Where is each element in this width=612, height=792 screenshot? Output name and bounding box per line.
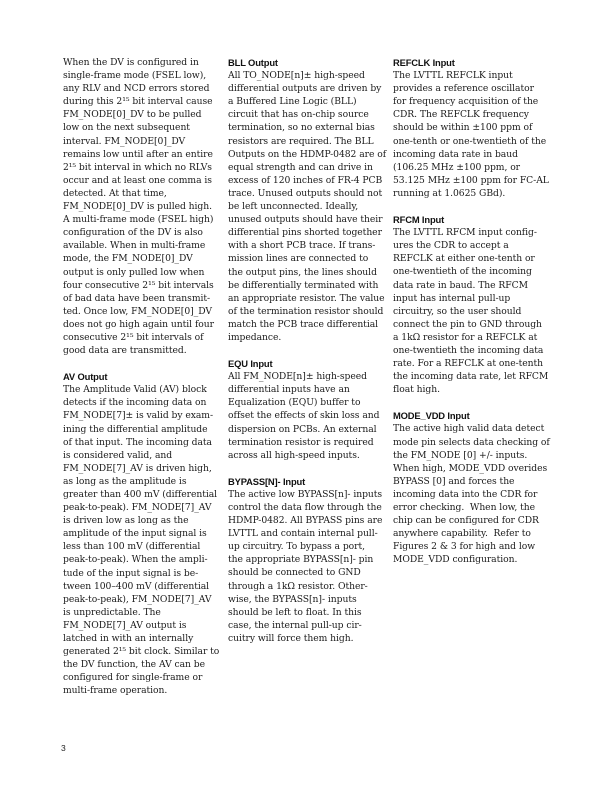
paragraph-text: The LVTTL REFCLK input provides a refere…	[393, 69, 554, 200]
paragraph-text: The Amplitude Valid (AV) block detects i…	[63, 383, 224, 697]
paragraph-text: The LVTTL RFCM input config- ures the CD…	[393, 226, 554, 396]
section-heading: AV Output	[63, 370, 224, 383]
section-heading: BYPASS[N]- Input	[228, 475, 389, 488]
section-equ-input: EQU Input All FM_NODE[n]± high-speed dif…	[228, 357, 389, 462]
paragraph-text: All TO_NODE[n]± high-speed differential …	[228, 69, 389, 344]
paragraph-text: The active high valid data detect mode p…	[393, 422, 554, 566]
text-columns: When the DV is configured in single-fram…	[63, 56, 554, 698]
section-bypass-input: BYPASS[N]- Input The active low BYPASS[n…	[228, 475, 389, 645]
datasheet-page: When the DV is configured in single-fram…	[0, 0, 612, 792]
section-dv-description: When the DV is configured in single-fram…	[63, 56, 224, 357]
paragraph-text: When the DV is configured in single-fram…	[63, 56, 224, 357]
section-heading: RFCM Input	[393, 213, 554, 226]
section-heading: EQU Input	[228, 357, 389, 370]
paragraph-text: All FM_NODE[n]± high-speed differential …	[228, 370, 389, 462]
column-3: REFCLK Input The LVTTL REFCLK input prov…	[393, 56, 554, 566]
column-2: BLL Output All TO_NODE[n]± high-speed di…	[228, 56, 389, 645]
section-bll-output: BLL Output All TO_NODE[n]± high-speed di…	[228, 56, 389, 344]
section-heading: MODE_VDD Input	[393, 409, 554, 422]
paragraph-text: The active low BYPASS[n]- inputs control…	[228, 488, 389, 645]
section-rfcm-input: RFCM Input The LVTTL RFCM input config- …	[393, 213, 554, 396]
page-number: 3	[61, 743, 66, 753]
column-1: When the DV is configured in single-fram…	[63, 56, 224, 698]
section-heading: REFCLK Input	[393, 56, 554, 69]
section-mode-vdd-input: MODE_VDD Input The active high valid dat…	[393, 409, 554, 566]
section-av-output: AV Output The Amplitude Valid (AV) block…	[63, 370, 224, 697]
section-refclk-input: REFCLK Input The LVTTL REFCLK input prov…	[393, 56, 554, 200]
section-heading: BLL Output	[228, 56, 389, 69]
